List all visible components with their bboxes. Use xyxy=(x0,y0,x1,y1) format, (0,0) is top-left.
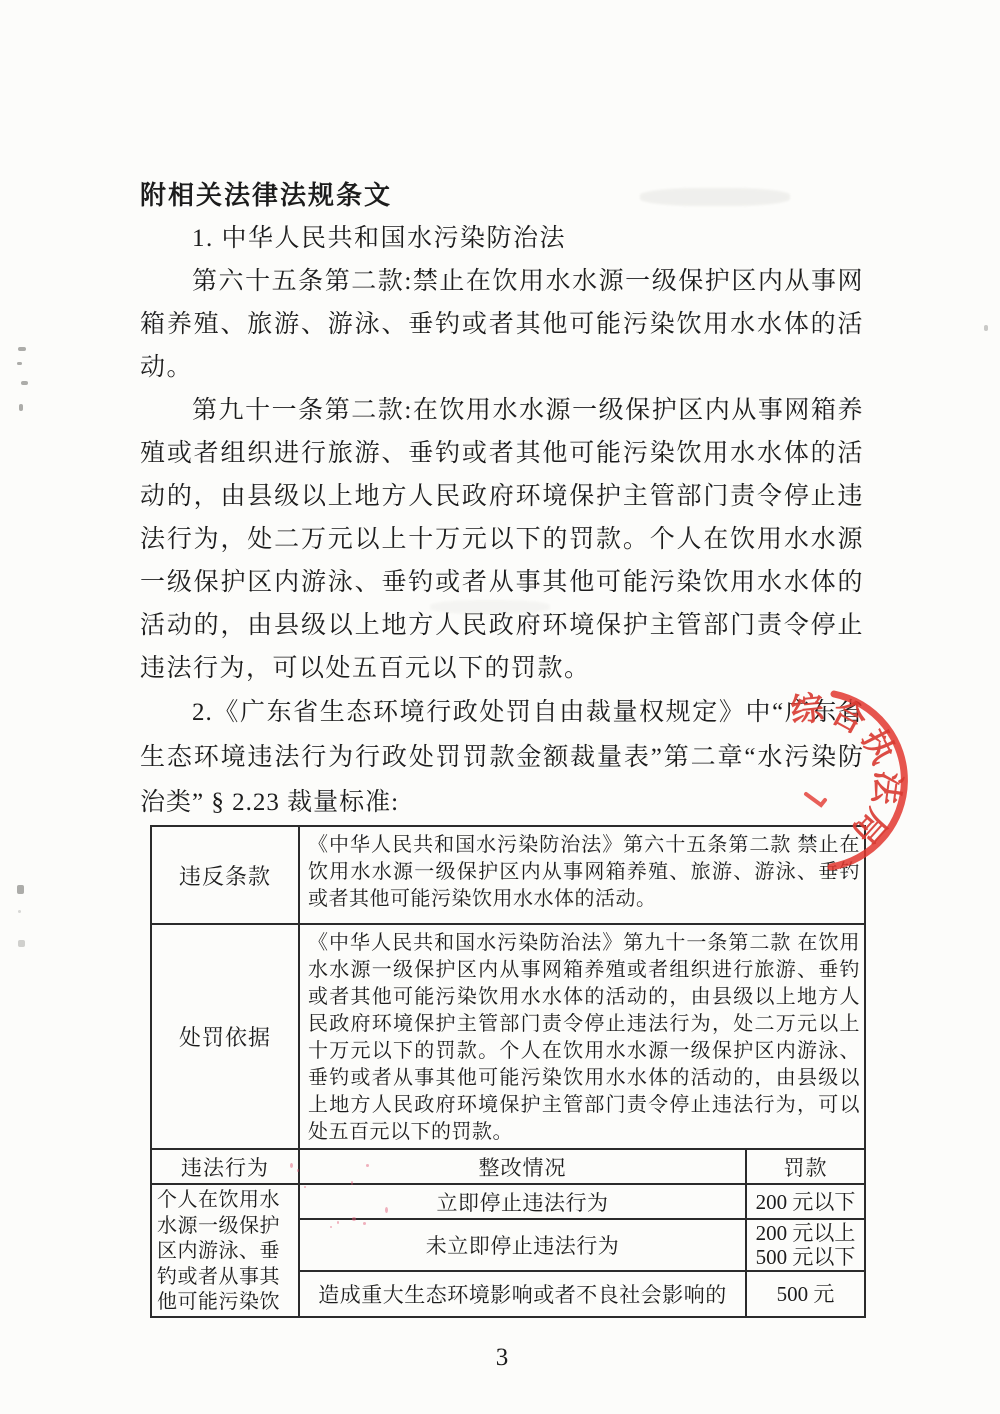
table-row-penalty-basis: 处罚依据 《中华人民共和国水污染防治法》第九十一条第二款 在饮用水水源一级保护区… xyxy=(151,924,865,1149)
cell-illegal-act: 个人在饮用水 水源一级保护 区内游泳、垂 钓或者从事其 他可能污染饮 xyxy=(151,1184,299,1317)
paragraph-guangdong-regulation: 2.《广东省生态环境行政处罚自由裁量权规定》中“广东省生态环境违法行为行政处罚罚… xyxy=(140,690,864,825)
content-penalty-basis: 《中华人民共和国水污染防治法》第九十一条第二款 在饮用水水源一级保护区内从事网箱… xyxy=(299,924,865,1149)
scan-artifact xyxy=(18,940,25,947)
cell-situation-3: 造成重大生态环境影响或者不良社会影响的 xyxy=(299,1271,746,1316)
document-page: 附相关法律法规条文 1. 中华人民共和国水污染防治法 第六十五条第二款:禁止在饮… xyxy=(0,0,1000,1414)
scan-artifact xyxy=(19,404,23,411)
paragraph-law-title: 1. 中华人民共和国水污染防治法 xyxy=(140,217,864,260)
content-violated-clause: 《中华人民共和国水污染防治法》第六十五条第二款 禁止在饮用水水源一级保护区内从事… xyxy=(299,826,865,924)
scan-artifact xyxy=(984,325,988,331)
header-illegal-act: 违法行为 xyxy=(151,1149,299,1184)
label-violated-clause: 违反条款 xyxy=(151,826,299,924)
penalty-discretion-table: 违反条款 《中华人民共和国水污染防治法》第六十五条第二款 禁止在饮用水水源一级保… xyxy=(150,825,866,1318)
doc-heading: 附相关法律法规条文 xyxy=(140,174,864,217)
paragraph-article-65: 第六十五条第二款:禁止在饮用水水源一级保护区内从事网箱养殖、旅游、游泳、垂钓或者… xyxy=(140,260,864,389)
scan-artifact xyxy=(17,885,24,894)
scan-artifact xyxy=(17,362,22,365)
header-fine: 罚款 xyxy=(746,1149,865,1184)
cell-situation-2: 未立即停止违法行为 xyxy=(299,1219,746,1271)
label-penalty-basis: 处罚依据 xyxy=(151,924,299,1149)
table-row-violated-clause: 违反条款 《中华人民共和国水污染防治法》第六十五条第二款 禁止在饮用水水源一级保… xyxy=(151,826,865,924)
header-rectification: 整改情况 xyxy=(299,1149,746,1184)
table-row-penalty-1: 个人在饮用水 水源一级保护 区内游泳、垂 钓或者从事其 他可能污染饮 立即停止违… xyxy=(151,1184,865,1219)
scan-artifact xyxy=(18,910,21,913)
scan-artifact xyxy=(21,381,28,385)
page-number: 3 xyxy=(140,1344,864,1372)
paragraph-article-91: 第九十一条第二款:在饮用水水源一级保护区内从事网箱养殖或者组织进行旅游、垂钓或者… xyxy=(140,389,864,690)
cell-situation-1: 立即停止违法行为 xyxy=(299,1184,746,1219)
scan-artifact xyxy=(18,347,26,351)
cell-fine-3: 500 元 xyxy=(746,1271,865,1316)
cell-fine-1: 200 元以下 xyxy=(746,1184,865,1219)
table-header-row: 违法行为 整改情况 罚款 xyxy=(151,1149,865,1184)
cell-fine-2: 200 元以上 500 元以下 xyxy=(746,1219,865,1271)
